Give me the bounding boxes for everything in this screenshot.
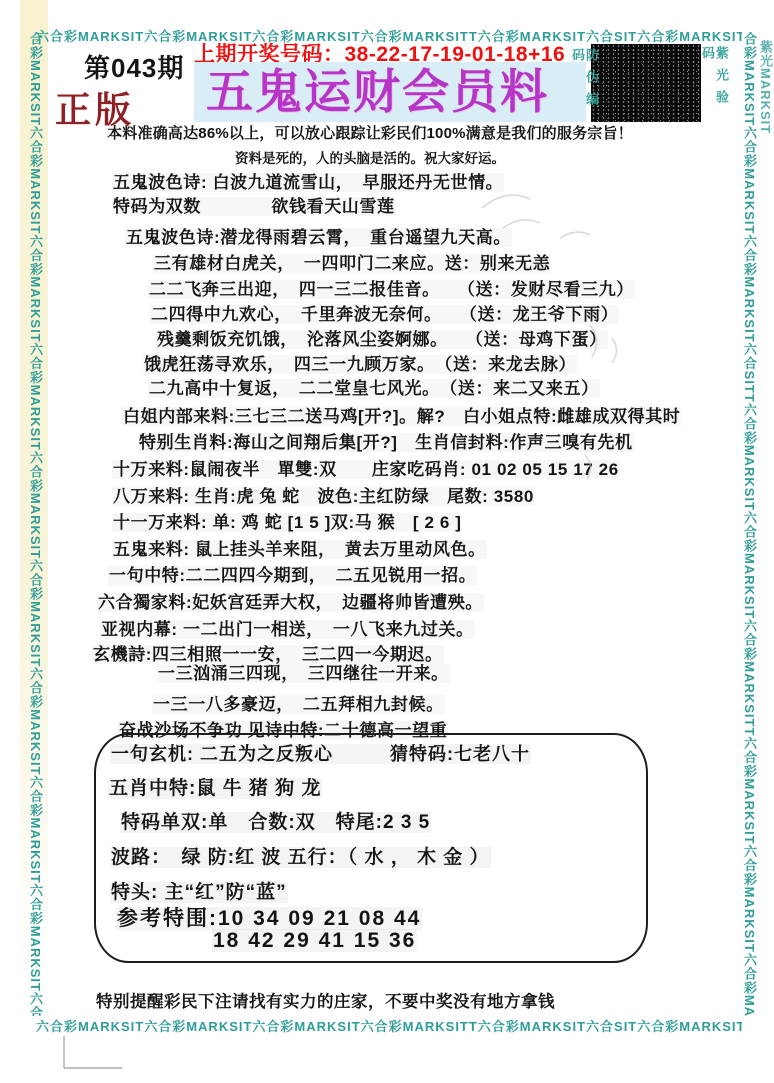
tip-text: 六合獨家料:妃妖宫廷弄大权， 边疆将帅皆遭殃。 [97, 593, 484, 612]
poem-text: 特码为双数 欲钱看天山雪莲 [112, 197, 396, 216]
poem-text: 残羹剩饭充饥饿， 沦落风尘姿婀娜。 （送：母鸡下蛋） [156, 330, 608, 349]
tip-text: 十万来料:鼠闹夜半 單雙:双 庄家吃码肖: 01 02 05 15 17 26 [112, 460, 620, 479]
poem-line: 二四得中九欢心， 千里奔波无奈何。 （送：龙王爷下雨） [150, 300, 619, 325]
poem-line: 一三一八多豪迈， 二五拜相九封候。 [152, 690, 445, 715]
issue-number: 第043期 [84, 48, 184, 85]
tip-line: 十万来料:鼠闹夜半 單雙:双 庄家吃码肖: 01 02 05 15 17 26 [112, 455, 620, 480]
footer-reminder: 特别提醒彩民下注请找有实力的庄家，不要中奖没有地方拿钱 [96, 988, 555, 1012]
page-title: 五鬼运财会员料 [206, 62, 549, 122]
tip-text: 十一万来料: 单: 鸡 蛇 [1 5 ]双:马 猴 [ 2 6 ] [112, 513, 462, 532]
tip-line: 特别生肖料:海山之间翔后集[开?] 生肖信封料:作声三嗅有先机 [138, 428, 634, 453]
poem-line: 三有雄材白虎关， 一四叩门二来应。送：别来无恙 [153, 249, 551, 274]
scratch-right-label: 紫光验码 [700, 46, 728, 132]
watermark-border-right-outer: 紫光MARKSIT [757, 40, 774, 340]
poem-text: 五鬼波色诗: 白波九道流雪山， 早服还丹无世情。 [112, 173, 504, 192]
watermark-border-left: 合彩MARKSIT六合彩MARKSIT六合彩MARKSIT六合彩MARKSIT六… [27, 32, 45, 1016]
tip-line: 亚视内幕: 一二出门一相送， 一八飞来九过关。 [100, 615, 475, 640]
tip-text: 一句中特:二二四四今期到， 二五见锐用一招。 [108, 566, 477, 585]
poem-line: 二九高中十复返， 二二堂皇七风光。 （送：来二又来五） [148, 374, 600, 399]
box-numbers: 参考特围:10 34 09 21 08 44 [116, 907, 422, 930]
watermark-border-bottom: 六合彩MARKSIT六合彩MARKSIT六合彩MARKSIT六合彩MARKSIT… [36, 1016, 742, 1033]
poem-text: 三有雄材白虎关， 一四叩门二来应。送：别来无恙 [153, 254, 551, 273]
box-line: 五肖中特:鼠 牛 猪 狗 龙 [108, 773, 322, 800]
tip-line: 五鬼来料: 鼠上挂头羊来阻， 黄去万里动风色。 [112, 535, 487, 560]
poem-text: 二四得中九欢心， 千里奔波无奈何。 （送：龙王爷下雨） [150, 305, 619, 324]
box-text: 特头: 主“红”防“蓝” [110, 882, 288, 903]
guarantee-line: 本料准确高达86%以上，可以放心跟踪让彩民们100%满意是我们的服务宗旨！ [70, 122, 670, 143]
box-text: 一句玄机: 二五为之反叛心 猜特码:七老八十 [110, 744, 531, 764]
poem-line: 五鬼波色诗:潜龙得雨碧云霄， 重台遥望九天高。 [125, 223, 512, 248]
box-numbers-row: 18 42 29 41 15 36 [212, 929, 417, 953]
poem-text: 二九高中十复返， 二二堂皇七风光。 （送：来二又来五） [148, 379, 600, 398]
box-line: 波路： 绿 防:红 波 五行：（ 水 ， 木 金 ） [110, 842, 491, 869]
box-text: 五肖中特:鼠 牛 猪 狗 龙 [108, 778, 322, 799]
box-text: 波路： 绿 防:红 波 五行：（ 水 ， 木 金 ） [110, 847, 491, 868]
motto-line: 资料是死的，人的头脑是活的。祝大家好运。 [70, 147, 670, 167]
poem-line: 特码为双数 欲钱看天山雪莲 [112, 192, 396, 217]
box-numbers: 18 42 29 41 15 36 [212, 929, 417, 952]
tip-text: 八万来料: 生肖:虎 兔 蛇 波色:主红防绿 尾数: 3580 [112, 487, 535, 506]
poem-text: 二二飞奔三出迎， 四一三二报佳音。 （送：发财尽看三九） [148, 280, 635, 299]
box-text: 特码单双:单 合数:双 特尾:2 3 5 [120, 812, 431, 833]
scratch-left-label: 防伪编码 [570, 48, 598, 128]
lottery-tip-sheet: 六合彩MARKSIT六合彩MARKSIT六合彩MARKSIT六合彩MARKSIT… [0, 0, 774, 1083]
poem-line: 残羹剩饭充饥饿， 沦落风尘姿婀娜。 （送：母鸡下蛋） [156, 325, 608, 350]
poem-line: 五鬼波色诗: 白波九道流雪山， 早服还丹无世情。 [112, 168, 504, 193]
poem-line: 饿虎狂荡寻欢乐， 四三一九顾万家。 （送：来龙去脉） [143, 350, 577, 375]
tip-line: 八万来料: 生肖:虎 兔 蛇 波色:主红防绿 尾数: 3580 [112, 482, 535, 507]
poem-text: 一三一八多豪迈， 二五拜相九封候。 [152, 695, 445, 714]
box-line: 特头: 主“红”防“蓝” [110, 877, 288, 904]
scratch-off-area [591, 44, 701, 122]
tip-text: 一三汹涌三四现， 三四继往一开来。 [157, 664, 450, 683]
poem-text: 饿虎狂荡寻欢乐， 四三一九顾万家。 （送：来龙去脉） [143, 355, 577, 374]
box-line: 一句玄机: 二五为之反叛心 猜特码:七老八十 [110, 740, 531, 766]
box-numbers-row: 参考特围:10 34 09 21 08 44 [116, 902, 422, 932]
tip-line: 六合獨家料:妃妖宫廷弄大权， 边疆将帅皆遭殃。 [97, 588, 484, 613]
box-line: 特码单双:单 合数:双 特尾:2 3 5 [120, 807, 431, 834]
tip-text: 亚视内幕: 一二出门一相送， 一八飞来九过关。 [100, 620, 475, 639]
tip-line: 十一万来料: 单: 鸡 蛇 [1 5 ]双:马 猴 [ 2 6 ] [112, 508, 462, 533]
corner-mark [64, 1036, 122, 1068]
tip-line: 白姐内部来料:三七三二送马鸡[开?]。解? 白小姐点特:雌雄成双得其时 [122, 402, 681, 427]
tip-text: 白姐内部来料:三七三二送马鸡[开?]。解? 白小姐点特:雌雄成双得其时 [122, 407, 681, 426]
mystery-poem-line: 一三汹涌三四现， 三四继往一开来。 [157, 659, 450, 684]
tip-text: 特别生肖料:海山之间翔后集[开?] 生肖信封料:作声三嗅有先机 [138, 433, 634, 452]
tip-line: 一句中特:二二四四今期到， 二五见锐用一招。 [108, 561, 477, 586]
poem-line: 二二飞奔三出迎， 四一三二报佳音。 （送：发财尽看三九） [148, 275, 635, 300]
poem-text: 五鬼波色诗:潜龙得雨碧云霄， 重台遥望九天高。 [125, 228, 512, 247]
tip-text: 五鬼来料: 鼠上挂头羊来阻， 黄去万里动风色。 [112, 540, 487, 559]
